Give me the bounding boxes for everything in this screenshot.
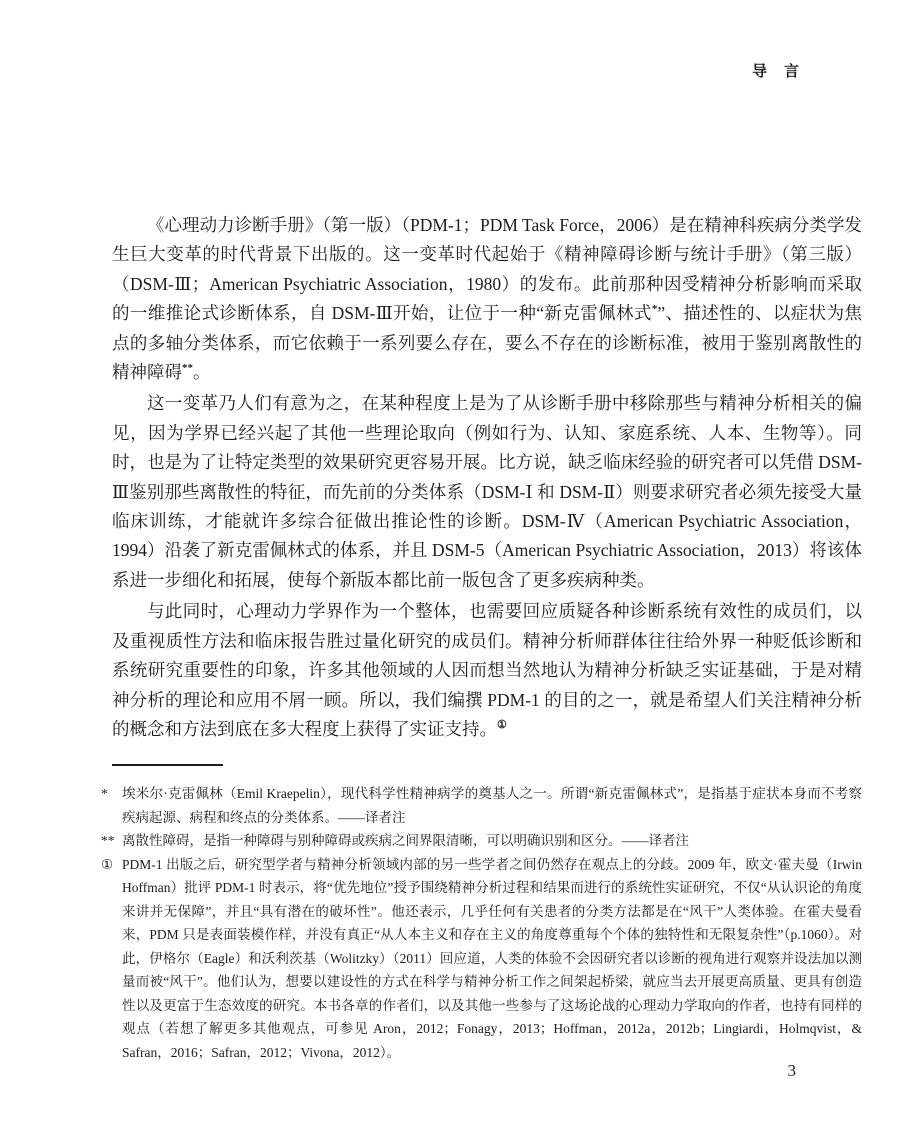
- footnote-text: 离散性障碍，是指一种障碍与别种障碍或疾病之间界限清晰，可以明确识别和区分。——译…: [122, 833, 689, 848]
- footnote-text: PDM-1 出版之后，研究型学者与精神分析领域内部的另一些学者之间仍然存在观点上…: [122, 857, 862, 1060]
- footnote-marker: *: [101, 782, 108, 806]
- footnote-ref: ①: [497, 719, 507, 731]
- footnote-divider: [112, 764, 223, 766]
- page-number: 3: [788, 1061, 797, 1081]
- footnote-section: *埃米尔·克雷佩林（Emil Kraepelin），现代科学性精神病学的奠基人之…: [112, 782, 862, 1064]
- page-content: 《心理动力诊断手册》（第一版）（PDM-1；PDM Task Force，200…: [112, 211, 862, 1064]
- paragraph-text: 。: [193, 362, 211, 382]
- footnote-text: 埃米尔·克雷佩林（Emil Kraepelin），现代科学性精神病学的奠基人之一…: [122, 786, 862, 825]
- footnote-marker: **: [101, 829, 115, 853]
- footnote-marker: ①: [101, 853, 113, 877]
- footnote: **离散性障碍，是指一种障碍与别种障碍或疾病之间界限清晰，可以明确识别和区分。—…: [122, 829, 862, 853]
- footnote-ref: **: [182, 362, 193, 374]
- paragraph: 《心理动力诊断手册》（第一版）（PDM-1；PDM Task Force，200…: [112, 211, 862, 387]
- body-paragraphs: 《心理动力诊断手册》（第一版）（PDM-1；PDM Task Force，200…: [112, 211, 862, 744]
- paragraph-text: 与此同时，心理动力学界作为一个整体，也需要回应质疑各种诊断系统有效性的成员们，以…: [112, 601, 862, 739]
- footnote: ①PDM-1 出版之后，研究型学者与精神分析领域内部的另一些学者之间仍然存在观点…: [122, 853, 862, 1065]
- paragraph-text: 这一变革乃人们有意为之，在某种程度上是为了从诊断手册中移除那些与精神分析相关的偏…: [112, 393, 862, 589]
- paragraph: 与此同时，心理动力学界作为一个整体，也需要回应质疑各种诊断系统有效性的成员们，以…: [112, 597, 862, 744]
- footnote: *埃米尔·克雷佩林（Emil Kraepelin），现代科学性精神病学的奠基人之…: [122, 782, 862, 829]
- page-header-title: 导 言: [752, 60, 800, 81]
- paragraph: 这一变革乃人们有意为之，在某种程度上是为了从诊断手册中移除那些与精神分析相关的偏…: [112, 389, 862, 595]
